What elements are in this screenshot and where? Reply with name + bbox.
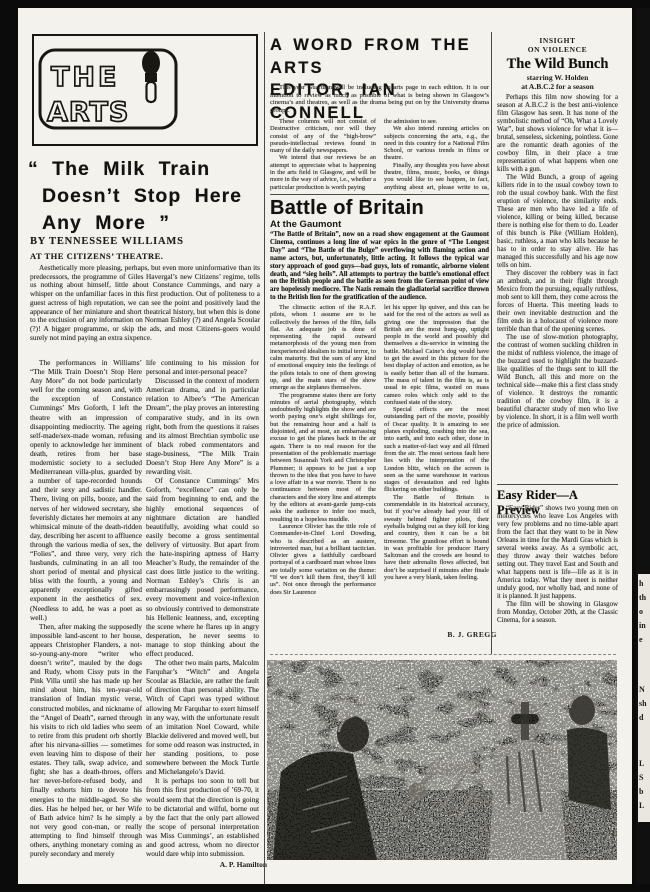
edge-text-fragment: o	[639, 608, 643, 616]
paragraph: The film will be showing in Glasgow from…	[497, 601, 618, 625]
edge-text-fragment: b	[639, 788, 643, 796]
paragraph: The use of slow-motion photography, the …	[497, 334, 618, 430]
edge-text-fragment: d	[639, 714, 643, 722]
wild-bunch-venue: at A.B.C.2 for a season	[497, 82, 618, 91]
masthead-line1: THE	[51, 62, 119, 93]
paragraph: These columns will not consist of Destru…	[270, 118, 376, 154]
paragraph: Laurence Olivier has the title role of C…	[270, 523, 376, 596]
headline-line: Doesn’t Stop Here	[28, 183, 264, 210]
battle-column-1: The climactic action of the R.A.F. pilot…	[270, 304, 376, 644]
wild-bunch-headline: The Wild Bunch	[497, 56, 618, 73]
headline-line: Any More ”	[28, 210, 264, 237]
milk-train-intro: Aesthetically more pleasing, perhaps, bu…	[30, 264, 260, 354]
signature-gregg: B. J. GREGG	[384, 630, 497, 639]
paragraph: They discover the robbery was in fact an…	[497, 270, 618, 334]
edge-text-fragment: S	[639, 774, 643, 782]
paragraph: the admission to see.	[384, 118, 489, 125]
the-arts-masthead: THE ARTS	[32, 34, 258, 146]
paintbrush-icon	[142, 51, 160, 102]
masthead-line2: ARTS	[47, 97, 129, 128]
paragraph: The climactic action of the R.A.F. pilot…	[270, 304, 376, 392]
editor-intro: This year Guardian will be including an …	[270, 84, 489, 116]
battle-of-britain-headline: Battle of Britain	[270, 197, 489, 220]
adjacent-page-text-sliver: h th o in e N sh d L S b L	[638, 574, 650, 822]
battle-venue: At the Gaumont	[270, 219, 489, 230]
paragraph: The Wild Bunch, a group of ageing killer…	[497, 174, 618, 270]
newspaper-scan: { "masthead": { "line1": "THE", "line2":…	[0, 0, 650, 892]
edge-text-fragment: e	[639, 636, 643, 644]
battle-lead: “The Battle of Britain”, now on a road s…	[270, 231, 489, 301]
insight-kicker-line1: INSIGHT	[497, 36, 618, 45]
edge-text-fragment: L	[639, 760, 644, 768]
wild-bunch-column: Perhaps this film now showing for a seas…	[497, 94, 618, 480]
newspaper-page: THE ARTS “ The Milk Train Doesn’t Stop H…	[18, 8, 632, 884]
milk-train-headline: “ The Milk Train Doesn’t Stop Here Any M…	[28, 156, 264, 237]
paragraph: The Battle of Britain is commendable in …	[384, 494, 489, 582]
edge-text-fragment: in	[639, 622, 646, 630]
paragraph: “Easy Rider” shows two young men on moto…	[497, 505, 618, 601]
byline-venue: AT THE CITIZENS’ THEATRE.	[30, 251, 260, 261]
section-rule	[497, 484, 618, 485]
signature-hamilton: A. P. Hamilton	[146, 860, 267, 869]
editor-column-2: the admission to see. We also intend run…	[384, 118, 489, 192]
edge-text-fragment: sh	[639, 700, 647, 708]
paragraph: Special effects are the most outstanding…	[384, 406, 489, 494]
milk-train-column-1: The performances in Williams’ “The Milk …	[30, 358, 142, 874]
paragraph: Then, after making the supposedly imposs…	[30, 622, 142, 858]
paragraph: let his upper lip quiver, and this can b…	[384, 304, 489, 406]
paragraph: life continuing to his mission for perso…	[146, 358, 259, 376]
easy-rider-column: “Easy Rider” shows two young men on moto…	[497, 505, 618, 653]
easy-rider-photo	[267, 660, 617, 860]
section-rule	[270, 194, 489, 195]
paragraph: Perhaps this film now showing for a seas…	[497, 94, 618, 174]
milk-train-column-2: life continuing to his mission for perso…	[146, 358, 259, 858]
edge-text-fragment: h	[639, 580, 643, 588]
paragraph: We also intend running articles on subje…	[384, 125, 489, 161]
paragraph: The performances in Williams’ “The Milk …	[30, 358, 142, 622]
paragraph: It is perhaps too soon to tell but from …	[146, 776, 259, 858]
paragraph: Aesthetically more pleasing, perhaps, bu…	[30, 264, 260, 342]
motorcycle-riders-image	[267, 660, 617, 860]
edge-text-fragment: th	[639, 594, 646, 602]
headline-line: “ The Milk Train	[28, 156, 264, 183]
insight-kicker-line2: ON VIOLENCE	[497, 45, 618, 54]
wild-bunch-starring: starring W. Holden	[497, 73, 618, 82]
paragraph: We intend that our reviews be an attempt…	[270, 154, 376, 190]
column-rule	[264, 32, 265, 884]
adjacent-page-edge: h th o in e N sh d L S b L	[636, 8, 650, 884]
paragraph: The programme states there are forty min…	[270, 392, 376, 523]
photo-separator	[270, 654, 616, 655]
battle-column-2: let his upper lip quiver, and this can b…	[384, 304, 489, 630]
paragraph: Finally, any thoughts you have about the…	[384, 162, 489, 192]
paragraph: This year Guardian will be including an …	[270, 84, 489, 114]
editor-column-1: These columns will not consist of Destru…	[270, 118, 376, 192]
headline-line: A WORD FROM THE ARTS	[270, 34, 491, 79]
column-rule	[491, 32, 492, 654]
paragraph: Discussed in the context of modern Ameri…	[146, 376, 259, 476]
byline-author: BY TENNESSEE WILLIAMS	[30, 236, 260, 247]
edge-text-fragment: N	[639, 686, 645, 694]
edge-text-fragment: L	[639, 802, 644, 810]
paragraph: “The Battle of Britain”, now on a road s…	[270, 231, 489, 301]
paragraph: The other two main parts, Malcolm Farquh…	[146, 658, 259, 776]
paragraph: Of Constance Cummings’ Mrs Goforth, “exc…	[146, 476, 259, 658]
the-arts-logo: THE ARTS	[34, 36, 251, 139]
